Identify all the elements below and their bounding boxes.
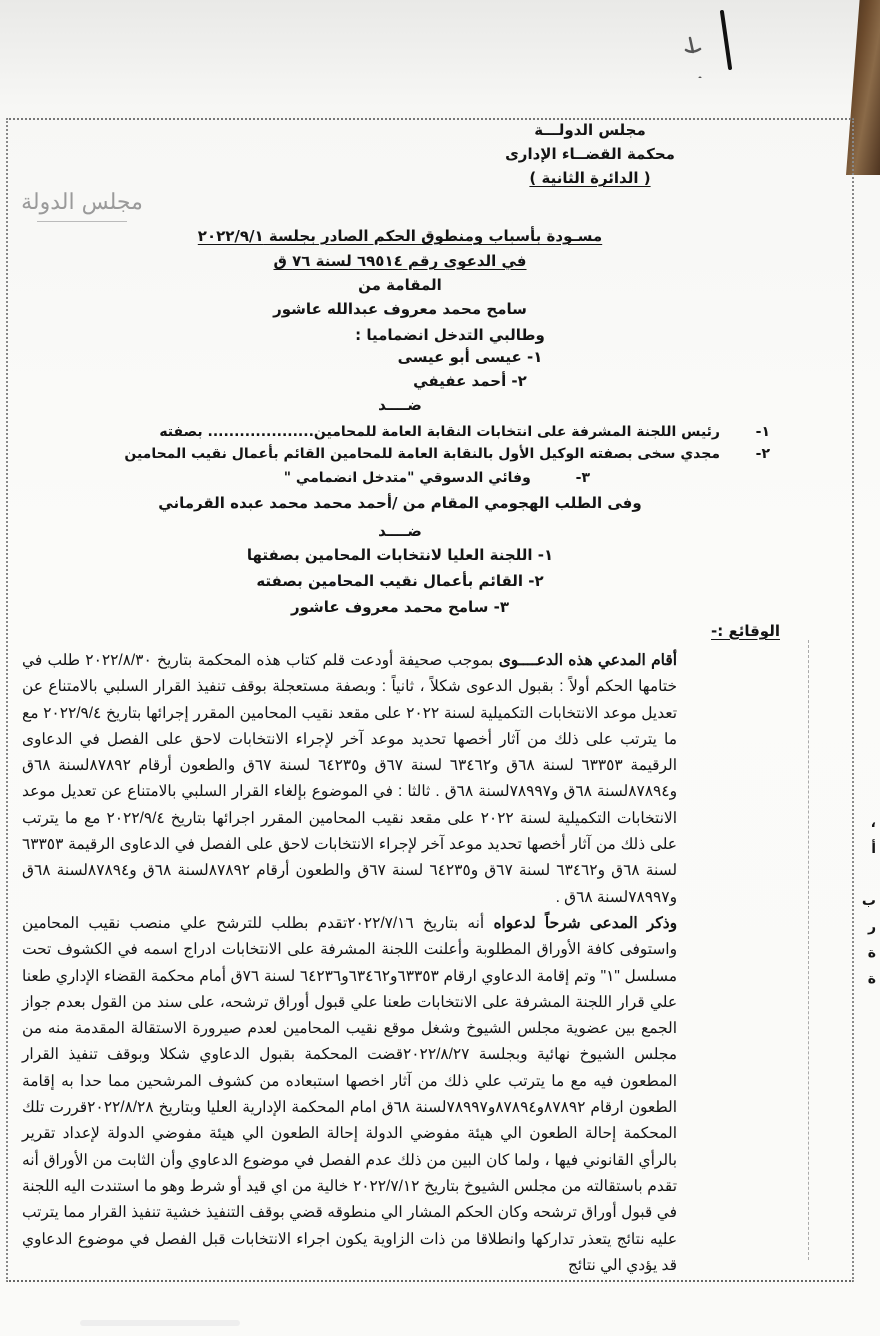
- counterclaim-line: وفى الطلب الهجومي المقام من /أحمد محمد م…: [120, 494, 680, 512]
- margin-fragment: أ: [856, 836, 876, 862]
- counter-defendant-1: ١- اللجنة العليا لانتخابات المحامين بصفت…: [120, 546, 680, 564]
- margin-fragment: ،: [856, 810, 876, 836]
- brought-by-label: المقامة من: [120, 276, 680, 294]
- defendant-2-text: مجدي سخى بصفته الوكيل الأول بالنقابة الع…: [124, 446, 720, 462]
- intervener-2: ٢- أحمد عفيفي: [250, 372, 690, 390]
- margin-fragment: ب: [856, 888, 876, 914]
- council-of-state-label: مجلس الدولـــة: [470, 118, 710, 142]
- court-name: محكمة القضــاء الإدارى: [470, 142, 710, 166]
- adjacent-page-border: [808, 640, 809, 1260]
- stamp-text: مجلس الدولة: [21, 190, 143, 215]
- facts-heading: الوقائع :-: [711, 622, 780, 640]
- defendant-3-text: وفائي الدسوقي "متدخل انضمامي ": [284, 470, 531, 486]
- case-number: في الدعوى رقم ٦٩٥١٤ لسنة ٧٦ ق: [120, 252, 680, 270]
- against-label-2: ضــــد: [120, 522, 680, 540]
- margin-fragment: ة: [856, 940, 876, 966]
- counter-defendant-2: ٢- القائم بأعمال نقيب المحامين بصفته: [120, 572, 680, 590]
- court-header: مجلس الدولـــة محكمة القضــاء الإدارى ( …: [470, 118, 710, 190]
- facts-paragraph-2-lead: وذكر المدعى شرحاً لدعواه: [493, 915, 677, 932]
- facts-body: أقام المدعي هذه الدعــــوى بموجب صحيفة أ…: [22, 648, 772, 1279]
- facts-paragraph-2: وذكر المدعى شرحاً لدعواه أنه بتاريخ ٢٠٢٢…: [22, 911, 772, 1279]
- defendant-2-number: ٢-: [756, 446, 770, 462]
- facts-paragraph-1-lead: أقام المدعي هذه الدعــــوى: [499, 652, 677, 669]
- handwritten-page-mark: [660, 8, 740, 78]
- interveners-label: وطالبي التدخل انضماميا :: [230, 326, 670, 344]
- intervener-1: ١- عيسى أبو عيسى: [250, 348, 690, 366]
- defendant-1-number: ١-: [756, 424, 770, 440]
- scanned-page: مجلس الدولـــة محكمة القضــاء الإدارى ( …: [0, 0, 880, 1336]
- defendant-1-text: رئيس اللجنة المشرفة على انتخابات النقابة…: [159, 424, 720, 440]
- margin-spacer: [856, 862, 876, 888]
- draft-title: مسـودة بأسباب ومنطوق الحكم الصادر بجلسة …: [120, 227, 680, 245]
- defendant-3: ٣- وفائي الدسوقي "متدخل انضمامي ": [284, 470, 590, 486]
- defendant-2: ٢- مجدي سخى بصفته الوكيل الأول بالنقابة …: [20, 446, 720, 462]
- circuit-label: ( الدائرة الثانية ): [470, 166, 710, 190]
- facts-paragraph-2-text: أنه بتاريخ ٢٠٢٢/٧/١٦تقدم بطلب للترشح علي…: [22, 915, 677, 1274]
- against-label: ضــــد: [120, 396, 680, 414]
- bleed-through-text: [80, 1320, 240, 1326]
- counter-defendant-3: ٣- سامح محمد معروف عاشور: [120, 598, 680, 616]
- adjacent-page-fragments: ، أ ب ر ة ة: [856, 810, 876, 992]
- facts-paragraph-1: أقام المدعي هذه الدعــــوى بموجب صحيفة أ…: [22, 648, 772, 911]
- defendant-3-number: ٣-: [576, 470, 590, 486]
- margin-fragment: ة: [856, 966, 876, 992]
- margin-fragment: ر: [856, 914, 876, 940]
- plaintiff-name: سامح محمد معروف عبدالله عاشور: [120, 300, 680, 318]
- stamp-rule: [37, 221, 127, 222]
- facts-paragraph-1-text: بموجب صحيفة أودعت قلم كتاب هذه المحكمة ب…: [22, 652, 677, 906]
- defendant-1: ١- رئيس اللجنة المشرفة على انتخابات النق…: [20, 424, 720, 440]
